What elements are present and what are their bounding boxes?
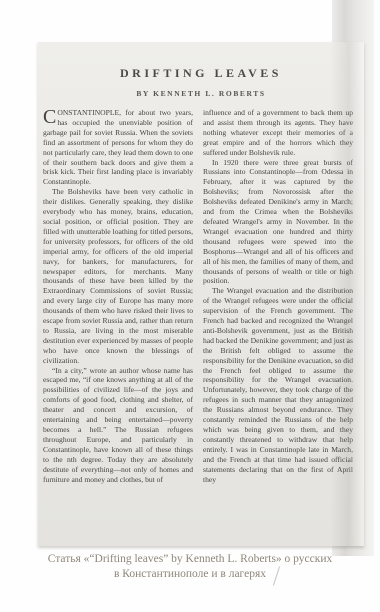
article-byline: BY KENNETH L. ROBERTS — [38, 89, 364, 98]
article-paragraph: The Wrangel evacuation and the distribut… — [203, 286, 353, 484]
photo-caption-line1: Статья «“Drifting leaves” by Kenneth L. … — [0, 552, 380, 567]
article-column-right: influence and of a government to back th… — [203, 108, 353, 546]
article-columns: CONSTANTINOPLE, for about two years, has… — [43, 108, 358, 546]
photo-caption-line2: в Константинополе и в лагерях — [0, 567, 380, 582]
article-title: DRIFTING LEAVES — [38, 66, 364, 81]
photo-caption: Статья «“Drifting leaves” by Kenneth L. … — [0, 552, 380, 581]
article-paragraph: The Bolsheviks have been very catholic i… — [43, 187, 193, 365]
drop-cap: C — [43, 108, 57, 126]
scanned-page-photo: { "article": { "title": "DRIFTING LEAVES… — [0, 0, 380, 612]
article-paragraph: CONSTANTINOPLE, for about two years, has… — [43, 108, 193, 187]
article-paragraph: “In a city,” wrote an author whose name … — [43, 366, 193, 485]
scanned-article-page: DRIFTING LEAVES BY KENNETH L. ROBERTS CO… — [38, 42, 364, 546]
article-column-left: CONSTANTINOPLE, for about two years, has… — [43, 108, 193, 546]
article-paragraph: influence and of a government to back th… — [203, 108, 353, 158]
article-paragraph: In 1920 there were three great bursts of… — [203, 158, 353, 287]
